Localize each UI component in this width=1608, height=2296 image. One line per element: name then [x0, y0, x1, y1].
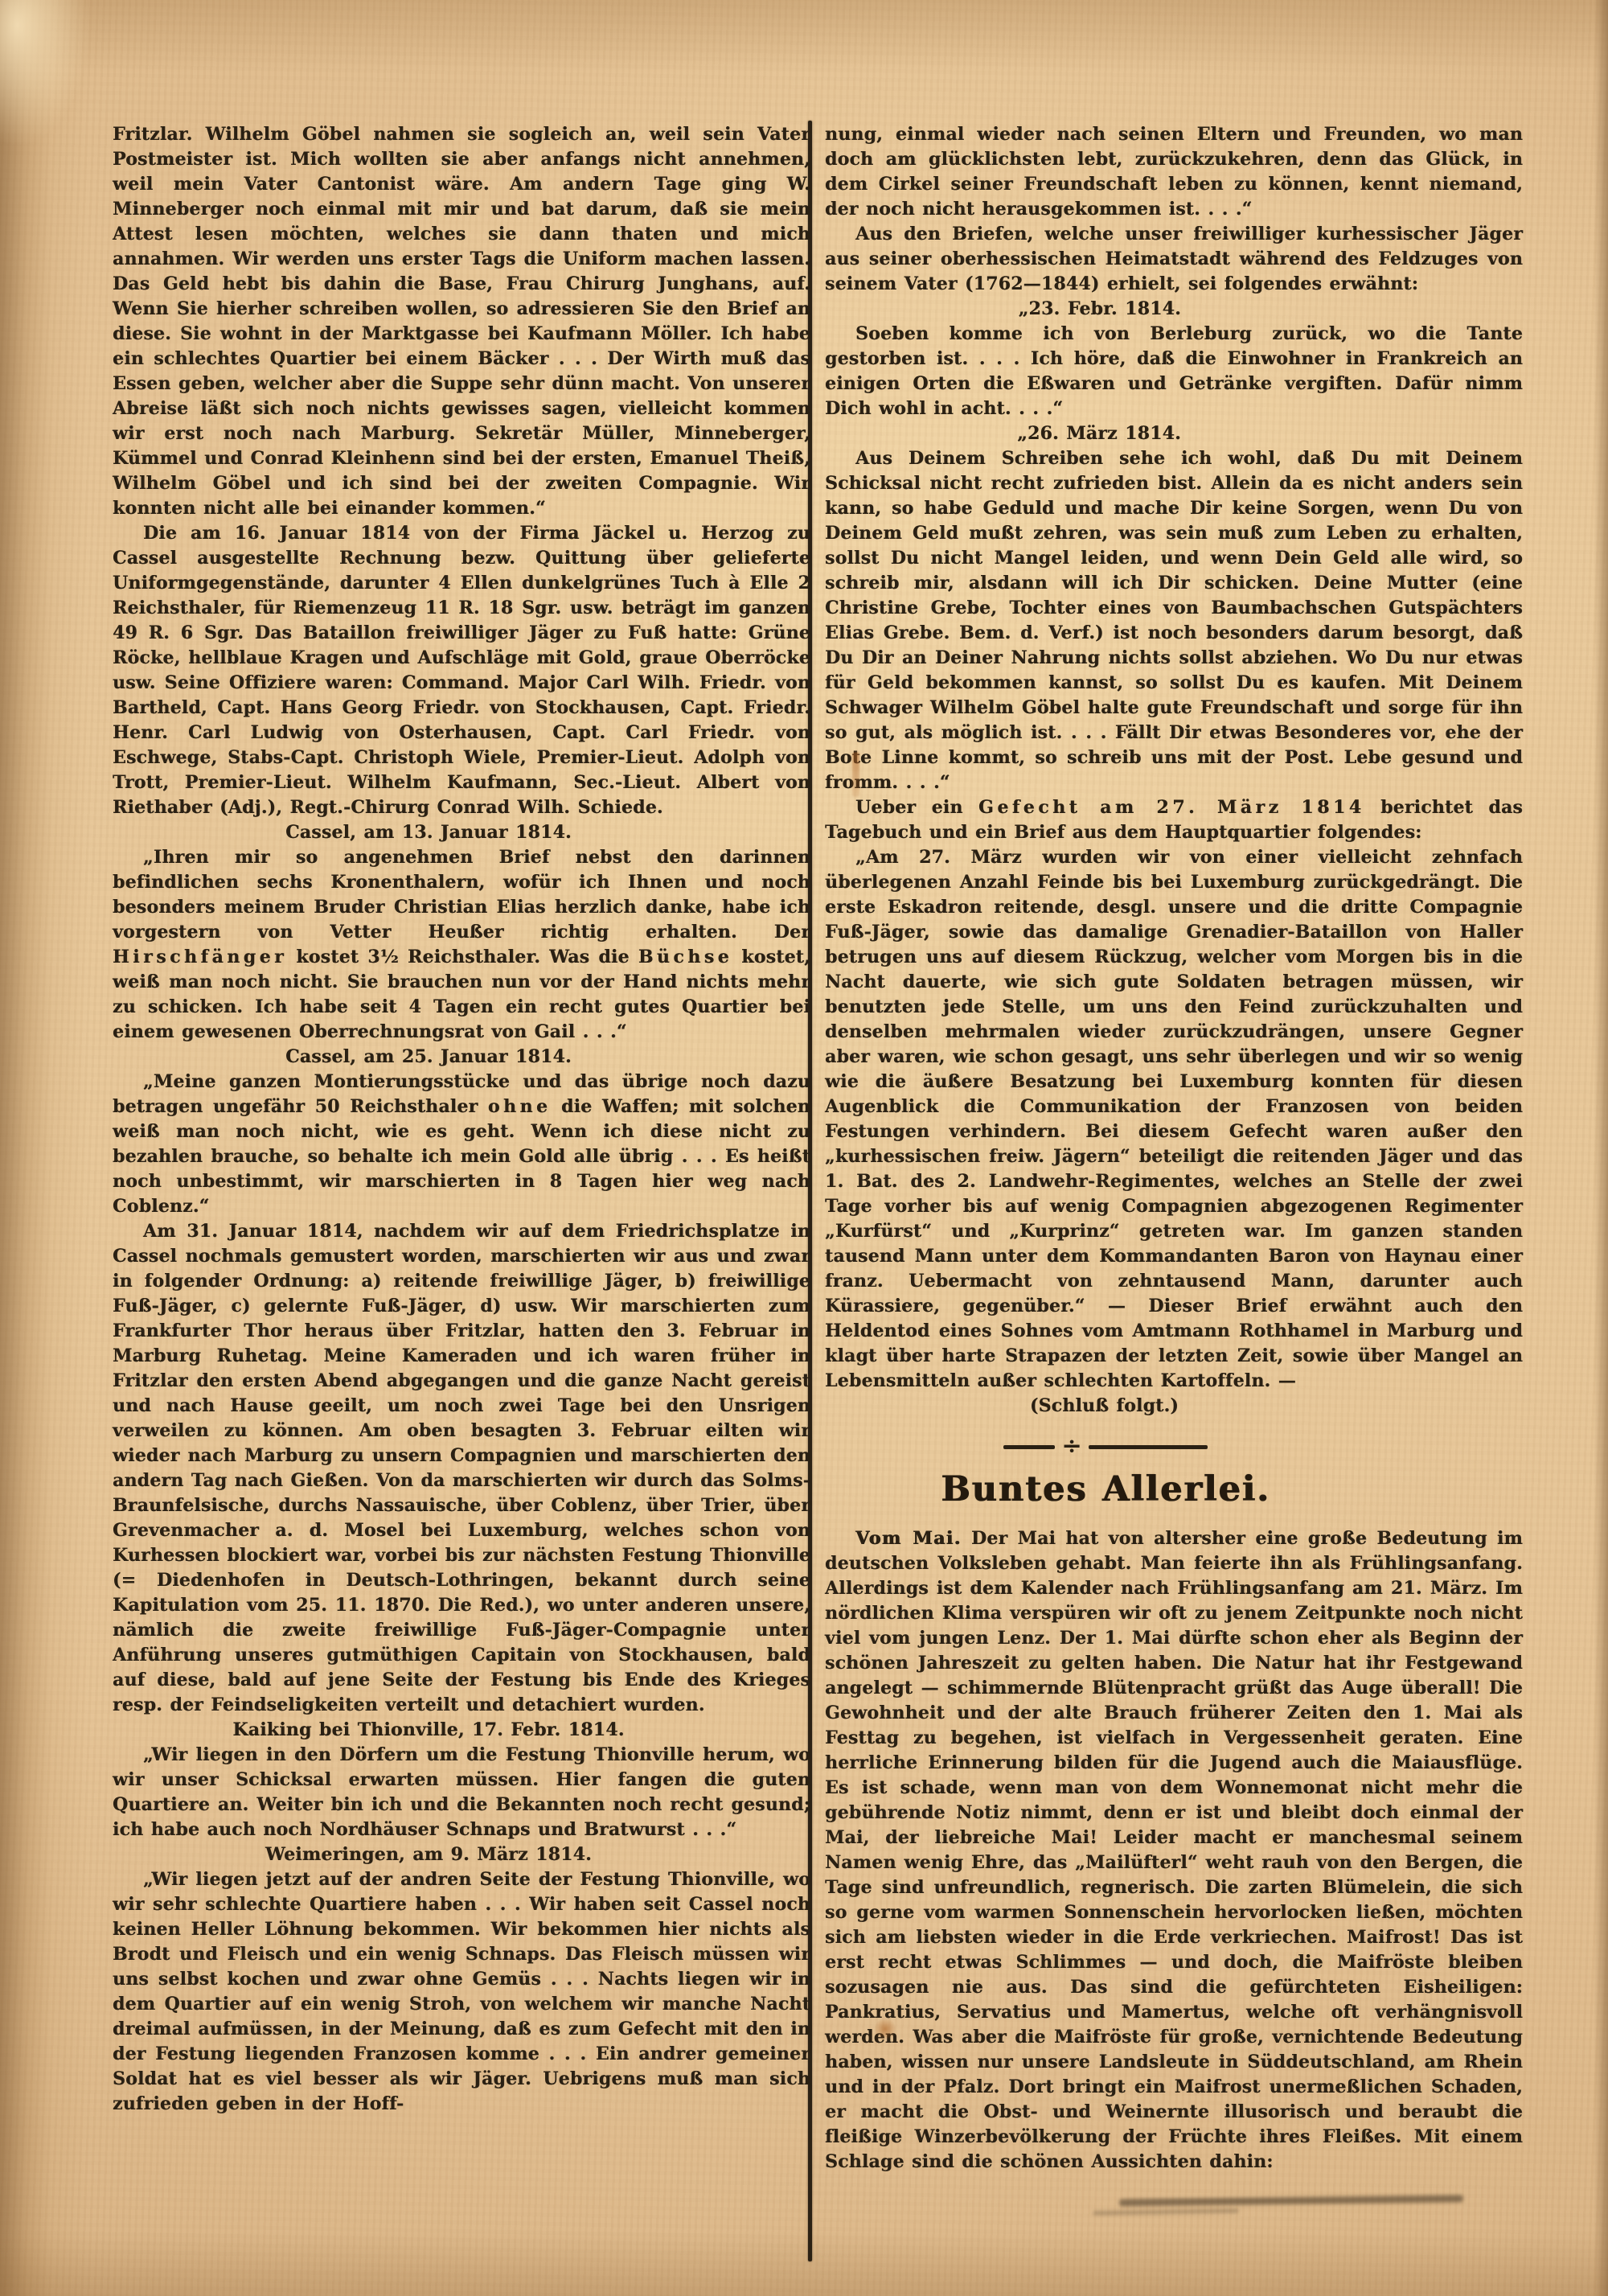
emphasized-word-buechse: Büchse — [638, 947, 732, 967]
paragraph-letter-mar9-continuation: nung, einmal wieder nach seinen Eltern u… — [825, 122, 1523, 222]
newspaper-page-scan: Fritzlar. Wilhelm Göbel nahmen sie sogle… — [0, 0, 1608, 2296]
paragraph-letter-feb23: Soeben komme ich von Berleburg zurück, w… — [825, 322, 1523, 421]
section-divider-ornament: ÷ — [825, 1443, 1386, 1451]
paragraph-gefecht-intro: Ueber ein Gefecht am 27. März 1814 beric… — [825, 795, 1523, 845]
dateline-kaiking-feb17: Kaiking bei Thionville, 17. Febr. 1814. — [113, 1718, 810, 1743]
paragraph-letter-feb17: „Wir liegen in den Dörfern um die Festun… — [113, 1743, 810, 1842]
paragraph-uniform-invoice: Die am 16. Januar 1814 von der Firma Jäc… — [113, 521, 810, 820]
dateline-mar26: „26. März 1814. — [825, 421, 1523, 446]
paragraph-letter-continuation: Fritzlar. Wilhelm Göbel nahmen sie sogle… — [113, 122, 810, 521]
divider-line-right — [1089, 1445, 1208, 1449]
divider-cross-glyph: ÷ — [1061, 1443, 1081, 1451]
faded-ink-smudge-small — [1093, 2209, 1238, 2216]
dateline-feb23: „23. Febr. 1814. — [825, 297, 1523, 322]
paragraph-letter-mar26: Aus Deinem Schreiben sehe ich wohl, daß … — [825, 446, 1523, 795]
paragraph-letter-jan25: „Meine ganzen Montierungsstücke und das … — [113, 1070, 810, 1219]
dateline-cassel-jan13: Cassel, am 13. Januar 1814. — [113, 820, 810, 845]
page-right-edge-shadow — [1594, 0, 1608, 2296]
paragraph-letter-jan13: „Ihren mir so angenehmen Brief nebst den… — [113, 845, 810, 1045]
rust-stain-dot — [875, 2017, 896, 2041]
emphasized-gefecht-date: Gefecht am 27. März 1814 — [978, 797, 1365, 818]
right-column: nung, einmal wieder nach seinen Eltern u… — [825, 122, 1523, 2175]
paragraph-march-route: Am 31. Januar 1814, nachdem wir auf dem … — [113, 1219, 810, 1718]
vom-mai-lead: Vom Mai. — [855, 1528, 962, 1549]
rust-stain-streak — [852, 752, 859, 797]
dateline-weimeringen-mar9: Weimeringen, am 9. März 1814. — [113, 1842, 810, 1867]
letter-jan13-text-mid: kostet 3½ Reichsthaler. Was die — [287, 947, 638, 967]
dateline-cassel-jan25: Cassel, am 25. Januar 1814. — [113, 1045, 810, 1070]
page-left-curl-shadow — [0, 0, 88, 2296]
vom-mai-text: Der Mai hat von altersher eine große Bed… — [825, 1528, 1523, 2172]
emphasized-word-hirschfaenger: Hirschfänger — [113, 947, 287, 967]
paragraph-vom-mai: Vom Mai. Der Mai hat von altersher eine … — [825, 1526, 1523, 2175]
letter-jan13-text-start: „Ihren mir so angenehmen Brief nebst den… — [113, 847, 810, 943]
divider-line-left — [1003, 1445, 1055, 1449]
left-column: Fritzlar. Wilhelm Göbel nahmen sie sogle… — [113, 122, 810, 2117]
page-top-shadow — [0, 0, 1608, 72]
page-corner-highlight — [0, 0, 96, 209]
section-title-buntes-allerlei: Buntes Allerlei. — [825, 1470, 1523, 1509]
schluss-folgt-note: (Schluß folgt.) — [825, 1394, 1523, 1419]
emphasized-word-ohne: ohne — [488, 1096, 552, 1117]
paragraph-letter-mar9: „Wir liegen jetzt auf der andren Seite d… — [113, 1867, 810, 2117]
faded-ink-smudge — [1119, 2195, 1463, 2206]
page-bottom-shadow — [0, 2232, 1608, 2296]
paragraph-gefecht-report: „Am 27. März wurden wir von einer vielle… — [825, 845, 1523, 1394]
paragraph-father-letters-intro: Aus den Briefen, welche unser freiwillig… — [825, 222, 1523, 297]
gefecht-intro-start: Ueber ein — [855, 797, 978, 818]
